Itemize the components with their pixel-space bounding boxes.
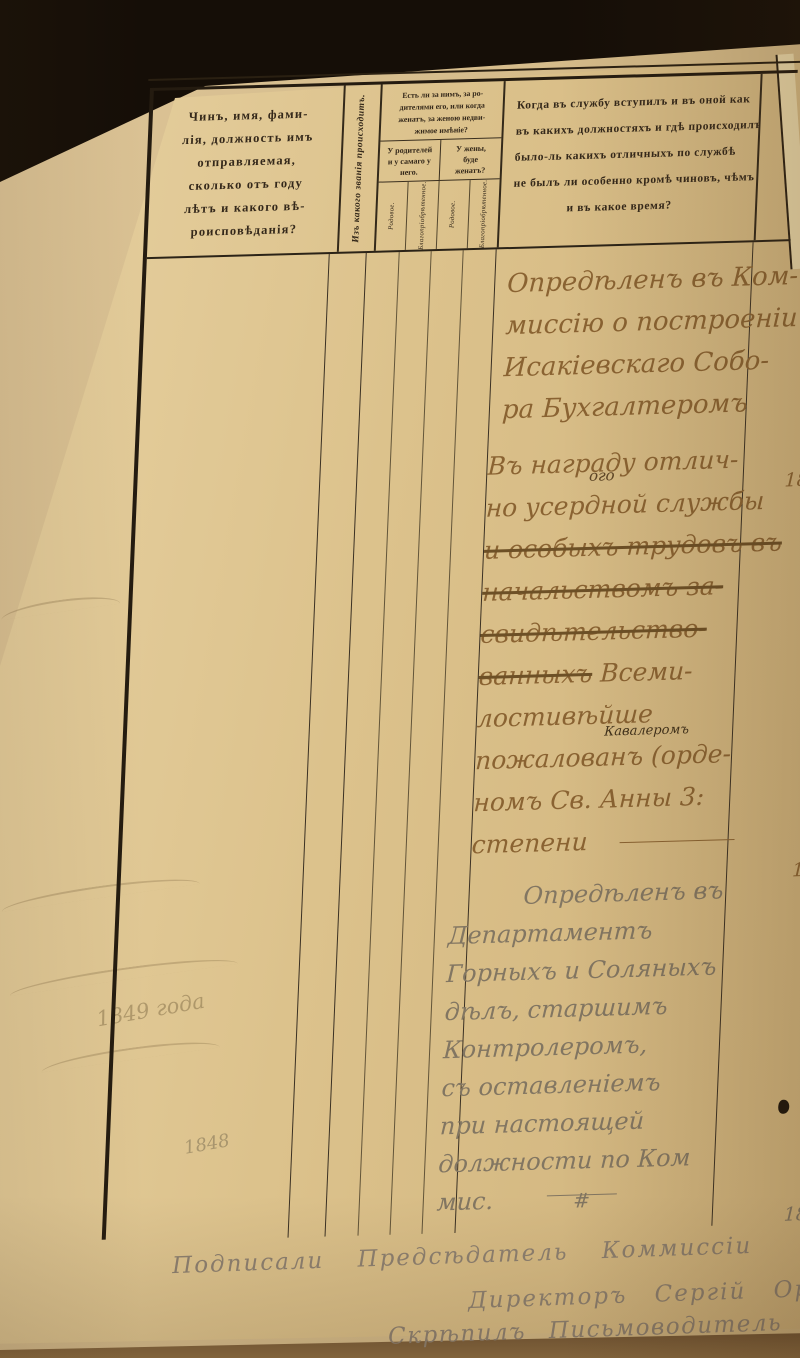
ink-entry-award: ого Кавалеромъ Въ награду отлич- но усер… bbox=[471, 437, 786, 866]
label-ancestral: Родовое. bbox=[388, 202, 396, 230]
ink-entry-appointment: Опредѣленъ въ Ком- миссію о построеніи И… bbox=[501, 255, 800, 431]
header-social-estate-label: Изъ какого званія происходитъ. bbox=[352, 94, 368, 243]
label-acquired: Благопріобрѣтенное. bbox=[479, 179, 489, 248]
insertion-mark: # bbox=[547, 1193, 617, 1206]
header-property-question: Есть ли за нимъ, за ро- дителями его, ил… bbox=[380, 81, 504, 141]
header-service-history: Когда въ службу вступилъ и въ оной как в… bbox=[499, 74, 761, 247]
header-property-kind: Родовое. Благопріобрѣтенное. Родовое. Бл… bbox=[376, 179, 500, 251]
margin-year: 184. bbox=[792, 858, 800, 881]
inserted-correction: ого bbox=[589, 468, 615, 484]
flourish-dash bbox=[619, 839, 734, 843]
label-ancestral: Родовое. bbox=[449, 201, 457, 229]
margin-year: 18 bbox=[784, 469, 800, 492]
header-property-own: У родителей и у самаго у него. bbox=[378, 140, 441, 181]
struck-word: ванныхъ bbox=[478, 659, 593, 691]
table-grid: Чинъ, имя, фами- лія, должность имъ отпр… bbox=[102, 70, 798, 1240]
pencil-entry-department: Опредѣленъ въ Департаментъ Горныхъ и Сол… bbox=[436, 871, 724, 1221]
table-body: Опредѣленъ въ Ком- миссію о построеніи И… bbox=[106, 241, 791, 1243]
table-header-row: Чинъ, имя, фами- лія, должность имъ отпр… bbox=[147, 73, 798, 259]
header-property-wife: У жены, буде женатъ? bbox=[440, 138, 502, 179]
struck-line: и особыхъ трудовъ въ bbox=[483, 522, 783, 572]
label-acquired: Благопріобрѣтенное. bbox=[417, 181, 427, 250]
service-record-table: Чинъ, имя, фами- лія, должность имъ отпр… bbox=[102, 70, 798, 1240]
header-property-subgroups: У родителей и у самаго у него. У жены, б… bbox=[378, 138, 501, 182]
header-date-column bbox=[754, 73, 798, 240]
header-property: Есть ли за нимъ, за ро- дителями его, ил… bbox=[376, 81, 506, 251]
inserted-word-kavalerom: Кавалеромъ bbox=[604, 722, 689, 739]
margin-year: 184. bbox=[783, 1203, 800, 1226]
header-rank-name: Чинъ, имя, фами- лія, должность имъ отпр… bbox=[147, 86, 346, 258]
archival-document-photo: 1849 года 1848 Чинъ, имя, фами- лія, дол… bbox=[0, 0, 800, 1358]
